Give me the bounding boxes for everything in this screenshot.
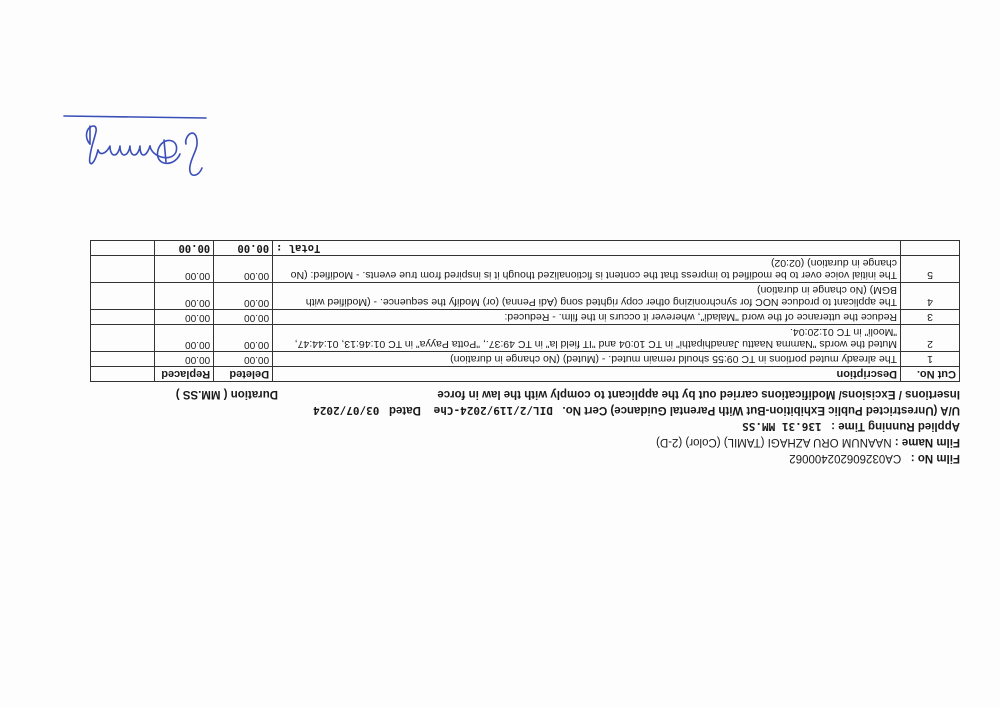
replaced-duration: 00.00 [155, 310, 214, 325]
row-blank [91, 352, 155, 367]
film-name-label: Film Name : [895, 436, 960, 448]
dated-label: Dated [389, 404, 421, 416]
document-page: Film No : CA03260620240006​2 Film Name :… [0, 0, 1000, 708]
replaced-duration: 00.00 [155, 283, 214, 310]
certificate-category: U/A (Unrestricted Public Exhibition-But … [562, 404, 960, 416]
running-time-line: Applied Running Time : 136.31 MM.SS [140, 418, 960, 434]
cut-description: The applicant to produce NOC for synchro… [273, 283, 901, 310]
cuts-body: 1The already muted portions in TC 09:55 … [91, 256, 960, 367]
total-row: Total : 00.00 00.00 [91, 241, 960, 256]
deleted-duration: 00.00 [214, 256, 273, 283]
col-description: Description [273, 367, 901, 382]
deleted-duration: 00.00 [214, 352, 273, 367]
cut-number: 2 [901, 325, 960, 352]
col-blank [91, 367, 155, 382]
cut-description: The initial voice over to be modified to… [273, 256, 901, 283]
film-no: CA03260620240006​2 [789, 452, 901, 464]
deleted-duration: 00.00 [214, 310, 273, 325]
table-row: 4The applicant to produce NOC for synchr… [91, 283, 960, 310]
total-deleted: 00.00 [214, 241, 273, 256]
total-label: Total : [273, 241, 901, 256]
cut-description: Reduce the utterance of the word "Maladi… [273, 310, 901, 325]
table-row: 1The already muted portions in TC 09:55 … [91, 352, 960, 367]
total-pad [91, 241, 155, 256]
replaced-duration: 00.00 [155, 352, 214, 367]
cut-description: The already muted portions in TC 09:55 s… [273, 352, 901, 367]
cut-number: 4 [901, 283, 960, 310]
certificate-date: 03/07/2024 [313, 404, 379, 417]
row-blank [91, 325, 155, 352]
row-blank [91, 256, 155, 283]
total-replaced: 00.00 [155, 241, 214, 256]
cuts-table: Cut No. Description Deleted Replaced 1Th… [90, 240, 960, 382]
duration-label: Duration ( MM.SS ) [176, 386, 278, 402]
table-row: 2Muted the words "Namma Naattu Janadhipa… [91, 325, 960, 352]
row-blank [91, 310, 155, 325]
col-replaced: Replaced [155, 367, 214, 382]
running-time: 136.31 MM.SS [742, 420, 821, 433]
col-deleted: Deleted [214, 367, 273, 382]
table-header-row: Cut No. Description Deleted Replaced [91, 367, 960, 382]
cut-description: Muted the words "Namma Naattu Janadhipat… [273, 325, 901, 352]
replaced-duration: 00.00 [155, 256, 214, 283]
row-blank [91, 283, 155, 310]
deleted-duration: 00.00 [214, 325, 273, 352]
certificate-line: U/A (Unrestricted Public Exhibition-But … [140, 402, 960, 418]
table-row: 5The initial voice over to be modified t… [91, 256, 960, 283]
film-no-label: Film No : [911, 452, 960, 464]
film-name-line: Film Name : NAANUM ORU AZHAGI (TAMIL) (C… [140, 434, 960, 450]
running-time-label: Applied Running Time : [831, 420, 960, 432]
insertions-heading: Insertions / Excisions/ Modifications ca… [140, 386, 960, 402]
certificate-header: Film No : CA03260620240006​2 Film Name :… [140, 386, 960, 466]
deleted-duration: 00.00 [214, 283, 273, 310]
cut-number: 5 [901, 256, 960, 283]
signature [60, 108, 210, 188]
replaced-duration: 00.00 [155, 325, 214, 352]
film-no-line: Film No : CA03260620240006​2 [140, 450, 960, 466]
total-blank [901, 241, 960, 256]
film-name: NAANUM ORU AZHAGI (TAMIL) (Color) (2-D) [656, 436, 892, 448]
col-cut-no: Cut No. [901, 367, 960, 382]
insertions-title: Insertions / Excisions/ Modifications ca… [437, 388, 960, 400]
table-row: 3Reduce the utterance of the word "Malad… [91, 310, 960, 325]
cut-number: 1 [901, 352, 960, 367]
certificate-number: DIL/2/119/2024-Che [434, 404, 553, 417]
cut-number: 3 [901, 310, 960, 325]
